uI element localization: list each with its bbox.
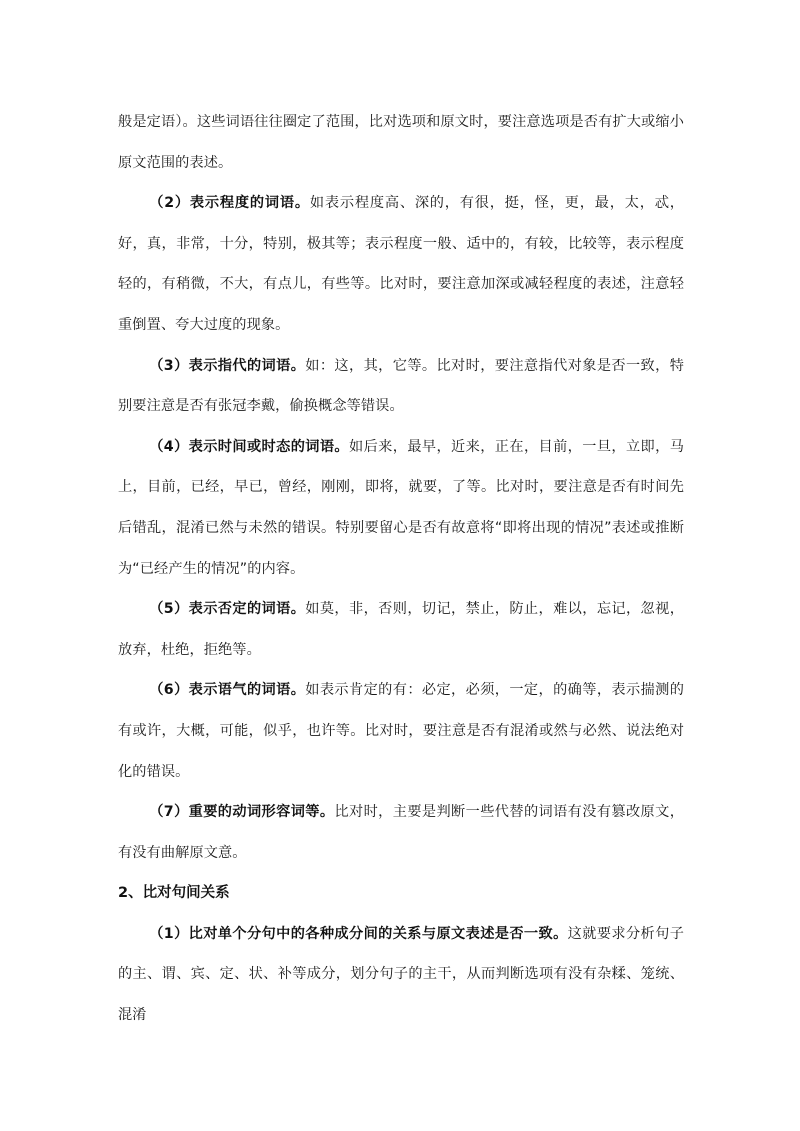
- paragraph-clause-relations: （1）比对单个分句中的各种成分间的关系与原文表述是否一致。这就要求分析句子的主、…: [118, 914, 684, 1036]
- item-body: 如表示程度高、深的，有很，挺，怪，更，最，太，忒，好，真，非常，十分，特别，极其…: [118, 195, 684, 333]
- paragraph-demonstrative-words: （3）表示指代的词语。如：这，其，它等。比对时，要注意指代对象是否一致，特别要注…: [118, 346, 684, 427]
- item-body: 如后来，最早，近来，正在，目前，一旦，立即，马上，目前，已经，早已，曾经，刚刚，…: [118, 439, 684, 577]
- item-number: （6）: [149, 682, 188, 698]
- intro-line-2: 原文范围的表述。: [118, 155, 232, 171]
- item-title: 表示语气的词语。: [189, 682, 306, 698]
- item-number: （4）: [149, 439, 188, 455]
- paragraph-verbs-adjectives: （7）重要的动词形容词等。比对时，主要是判断一些代替的词语有没有篡改原文，有没有…: [118, 792, 684, 873]
- item-title: 表示时间或时态的词语。: [189, 439, 349, 455]
- paragraph-time-words: （4）表示时间或时态的词语。如后来，最早，近来，正在，目前，一旦，立即，马上，目…: [118, 427, 684, 589]
- item-title: 表示程度的词语。: [190, 195, 310, 211]
- item-number: （5）: [149, 601, 188, 617]
- item-title: 表示指代的词语。: [189, 358, 306, 374]
- paragraph-degree-words: （2）表示程度的词语。如表示程度高、深的，有很，挺，怪，更，最，太，忒，好，真，…: [118, 183, 684, 345]
- item-number: （2）: [149, 195, 190, 211]
- paragraph-mood-words: （6）表示语气的词语。如表示肯定的有：必定，必须，一定，的确等，表示揣测的有或许…: [118, 670, 684, 792]
- item-number: （3）: [149, 358, 188, 374]
- item-title: 比对单个分句中的各种成分间的关系与原文表述是否一致。: [189, 926, 568, 942]
- item-number: （7）: [149, 804, 188, 820]
- item-title: 重要的动词形容词等。: [189, 804, 335, 820]
- item-title: 表示否定的词语。: [189, 601, 306, 617]
- intro-line-1: 般是定语）。这些词语往往圈定了范围，比对选项和原文时，要注意选项是否有扩大或缩小: [118, 114, 684, 130]
- paragraph-negation-words: （5）表示否定的词语。如莫，非，否则，切记，禁止，防止，难以，忘记，忽视，放弃，…: [118, 589, 684, 670]
- intro-paragraph: 般是定语）。这些词语往往圈定了范围，比对选项和原文时，要注意选项是否有扩大或缩小…: [118, 102, 684, 183]
- section-heading: 2、比对句间关系: [118, 873, 684, 914]
- item-number: （1）: [149, 926, 188, 942]
- document-page: 般是定语）。这些词语往往圈定了范围，比对选项和原文时，要注意选项是否有扩大或缩小…: [118, 102, 684, 1036]
